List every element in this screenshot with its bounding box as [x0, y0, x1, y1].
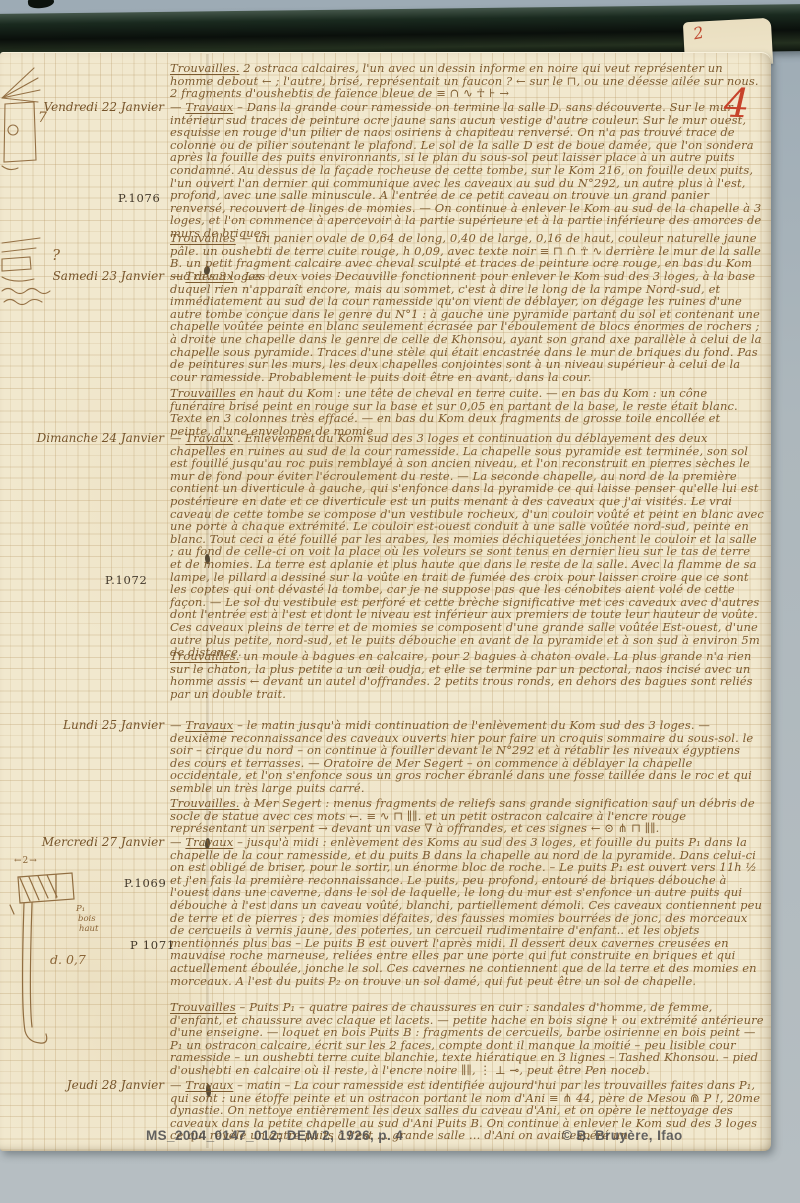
sketch-label-7: 7: [38, 110, 47, 126]
entry-27-trouvailles: Trouvailles – Puits P₁ – quatre paires d…: [170, 1001, 764, 1077]
ref-p1071: P 1071: [130, 939, 175, 951]
watermark-shelfmark: MS_2004_0147_012; DEM 2, 1926, p. 4: [146, 1129, 403, 1143]
ref-p1072: P.1072: [105, 574, 148, 586]
sketch-label-question: ?: [52, 246, 60, 264]
trouvailles-text: un moule à bagues en calcaire, pour 2 ba…: [170, 649, 753, 701]
ref-p1076: P.1076: [118, 192, 161, 204]
margin-date-24-janvier: Dimanche 24 Janvier: [0, 432, 164, 445]
page-number: 4: [723, 84, 750, 125]
margin-sketch-tomb-plan: [0, 60, 60, 180]
entry-24-trouvailles: Trouvailles. un moule à bagues en calcai…: [170, 650, 764, 700]
entry-23-travaux: — Travaux . Les deux voies Decauville fo…: [170, 270, 764, 383]
watermark-copyright: © B. Bruyère, Ifao: [562, 1129, 683, 1143]
entry-23-trouvailles: Trouvailles en haut du Kom : une tête de…: [170, 387, 764, 437]
travaux-text: . Les deux voies Decauville fonctionnent…: [170, 269, 762, 384]
trouvailles-text: 2 ostraca calcaires, l'un avec un dessin…: [170, 61, 759, 100]
sketch-caption-bois: bois: [78, 914, 96, 924]
handwriting-layer: 4 7 ? ←2→ P₁ bois haut: [0, 0, 800, 1203]
trouvailles-text: en haut du Kom : une tête de cheval en t…: [170, 386, 738, 438]
scanned-notebook-photo: { "page": { "number": "4", "back_page_ma…: [0, 0, 800, 1203]
entry-intro-trouvailles: Trouvailles. 2 ostraca calcaires, l'un a…: [170, 62, 764, 100]
travaux-text: . Enlèvement du Kom sud des 3 loges et c…: [170, 431, 764, 659]
ref-p1069: P.1069: [124, 877, 167, 889]
sketch-caption-p1: P₁: [76, 904, 85, 914]
entry-24-travaux: — Travaux . Enlèvement du Kom sud des 3 …: [170, 432, 764, 659]
sketch-dimension: d. 0,7: [50, 952, 86, 967]
entry-27-travaux: — Travaux – jusqu'à midi : enlèvement de…: [170, 836, 764, 987]
trouvailles-text: à Mer Segert : menus fragments de relief…: [170, 796, 755, 835]
sketch-caption-haut: haut: [79, 924, 98, 934]
margin-date-28-janvier: Jeudi 28 Janvier: [0, 1079, 164, 1092]
travaux-text: – le matin jusqu'à midi continuation de …: [170, 718, 753, 795]
margin-date-25-janvier: Lundi 25 Janvier: [0, 719, 164, 732]
entry-22-travaux: — Travaux – Dans la grande cour ramessid…: [170, 101, 764, 240]
entry-25-travaux: — Travaux – le matin jusqu'à midi contin…: [170, 719, 764, 795]
travaux-text: – jusqu'à midi : enlèvement des Koms au …: [170, 835, 762, 988]
margin-sketch-stele: [0, 225, 80, 315]
entry-25-trouvailles: Trouvailles. à Mer Segert : menus fragme…: [170, 797, 764, 835]
trouvailles-text: – Puits P₁ – quatre paires de chaussures…: [170, 1000, 764, 1077]
travaux-text: – Dans la grande cour ramesside on termi…: [170, 100, 761, 240]
